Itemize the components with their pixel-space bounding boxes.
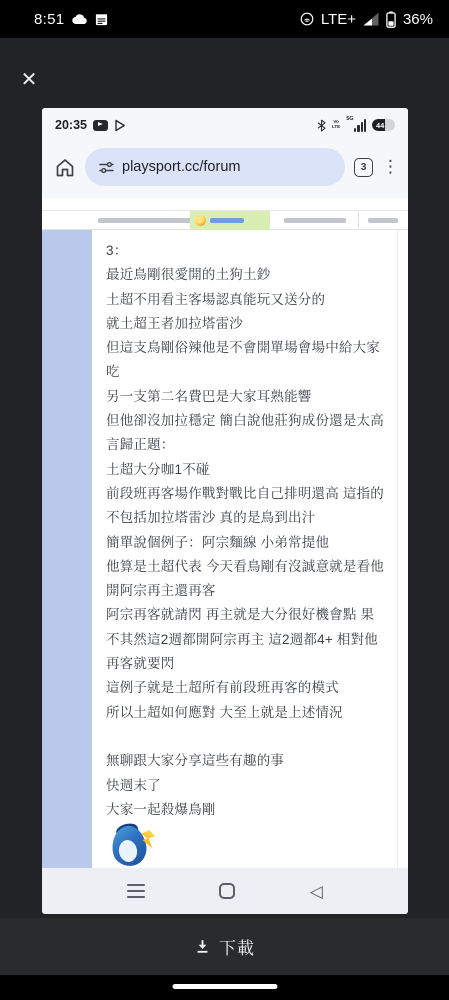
signal-5g-label: 5G — [346, 116, 353, 122]
status-right: LTE+ 36% — [300, 11, 433, 28]
post-line: 3： — [106, 239, 394, 263]
captured-status-left: 20:35 — [55, 118, 126, 132]
forum-page-content: 3：最近鳥剛很愛開的土狗土鈔土超不用看主客場認真能玩又送分的就土超王者加拉塔雷沙… — [42, 230, 408, 868]
captured-navigation-bar: ◁ — [42, 868, 408, 914]
youtube-notification-icon — [93, 120, 108, 131]
home-indicator[interactable] — [172, 984, 277, 989]
download-icon — [194, 938, 211, 955]
post-line: 但這支鳥剛俗辣他是不會開單場會場中給大家 — [106, 336, 394, 360]
post-line: 無聊跟大家分享這些有趣的事 — [106, 749, 394, 773]
clock: 8:51 — [34, 11, 64, 28]
column-divider-1 — [358, 211, 359, 229]
status-left: 8:51 — [34, 11, 108, 28]
post-line: 再客就要閃 — [106, 652, 394, 676]
signal-bar-2 — [357, 125, 359, 132]
post-text: 3：最近鳥剛很愛開的土狗土鈔土超不用看主客場認真能玩又送分的就土超王者加拉塔雷沙… — [106, 239, 394, 822]
signal-bar-4 — [364, 119, 366, 132]
device-status-bar: 8:51 LTE+ 36% — [0, 0, 449, 38]
home-nav-icon — [219, 883, 235, 899]
download-label: 下載 — [219, 934, 255, 959]
battery-level-label: 44 — [376, 121, 384, 130]
battery-percent-label: 36% — [403, 11, 433, 28]
post-line: 所以土超如何應對 大至上就是上述情況 — [106, 701, 394, 725]
highlighted-pick-cell — [190, 211, 270, 230]
tab-switcher-icon: 3 — [354, 158, 373, 177]
faded-text-cell-1 — [98, 218, 194, 223]
medal-emoji-icon — [195, 215, 206, 226]
truncated-row-inner — [42, 210, 408, 230]
post-line: 不包括加拉塔雷沙 真的是鳥到出汁 — [106, 506, 394, 530]
signal-bars-icon: 5G — [346, 119, 366, 132]
post-line: 但他卻沒加拉穩定 簡白說他莊狗成份還是太高 — [106, 409, 394, 433]
post-line: 阿宗再客就請閃 再主就是大分很好機會點 果 — [106, 603, 394, 627]
wifi-calling-icon — [300, 12, 314, 26]
post-line: 最近鳥剛很愛開的土狗土鈔 — [106, 263, 394, 287]
captured-clock: 20:35 — [55, 118, 87, 132]
post-line: 快週末了 — [106, 774, 394, 798]
menu-nav-icon — [127, 884, 145, 898]
overflow-menu-icon: ⋮ — [382, 157, 396, 177]
post-line: 言歸正題： — [106, 433, 394, 457]
truncated-forum-row — [42, 198, 408, 230]
post-line: 這例子就是土超所有前段班再客的模式 — [106, 676, 394, 700]
browser-toolbar: playsport.cc/forum 3 ⋮ — [42, 142, 408, 198]
post-line: 開阿宗再主還再客 — [106, 579, 394, 603]
captured-battery-icon: 44 — [372, 119, 395, 131]
post-line: 土超不用看主客場認真能玩又送分的 — [106, 288, 394, 312]
signal-bar-3 — [361, 122, 363, 132]
sticker-image — [106, 824, 158, 868]
content-right-divider — [397, 230, 398, 868]
post-line: 簡單說個例子：阿宗麵線 小弟常提他 — [106, 531, 394, 555]
home-icon — [54, 157, 76, 178]
address-bar: playsport.cc/forum — [85, 148, 345, 186]
cloud-icon — [71, 13, 88, 25]
url-text: playsport.cc/forum — [122, 159, 240, 175]
captured-status-right: Vo LTE 5G 44 — [317, 119, 395, 132]
battery-icon — [386, 11, 396, 28]
post-line: 不其然這2週都開阿宗再主 這2週都4+ 相對他 — [106, 628, 394, 652]
gesture-footer — [0, 975, 449, 1000]
bluetooth-icon — [317, 119, 326, 132]
close-icon: ✕ — [21, 67, 38, 92]
play-store-notification-icon — [114, 119, 126, 132]
captured-status-bar: 20:35 Vo LTE 5G — [42, 108, 408, 142]
signal-triangle-icon — [363, 12, 379, 26]
site-settings-tune-icon — [99, 161, 114, 174]
post-line: 土超大分咖1不碰 — [106, 458, 394, 482]
post-line: 大家一起殺爆鳥剛 — [106, 798, 394, 822]
calendar-icon — [95, 13, 108, 26]
download-button[interactable]: 下載 — [0, 918, 449, 975]
screenshot-viewer-stage: ✕ 20:35 Vo LTE 5G — [0, 38, 449, 975]
post-line — [106, 725, 394, 749]
post-body: 3：最近鳥剛很愛開的土狗土鈔土超不用看主客場認真能玩又送分的就土超王者加拉塔雷沙… — [92, 230, 408, 868]
screenshot-preview-image[interactable]: 20:35 Vo LTE 5G — [42, 108, 408, 914]
faded-link-text — [210, 218, 244, 223]
sidebar-rail — [42, 230, 92, 868]
faded-text-cell-2 — [284, 218, 346, 223]
tab-count-label: 3 — [361, 161, 367, 173]
post-line: 吃 — [106, 360, 394, 384]
volte-bottom-label: LTE — [332, 125, 340, 130]
signal-bar-1 — [354, 128, 356, 132]
post-line: 前段班再客場作戰對戰比自己排明還高 這指的 — [106, 482, 394, 506]
volte-icon: Vo LTE — [332, 120, 340, 129]
post-line: 他算是土超代表 今天看鳥剛有沒誠意就是看他 — [106, 555, 394, 579]
network-type-label: LTE+ — [321, 11, 356, 28]
back-nav-icon: ◁ — [310, 883, 323, 900]
post-line: 就土超王者加拉塔雷沙 — [106, 312, 394, 336]
post-line: 另一支第二名費巴是大家耳熟能響 — [106, 385, 394, 409]
close-button[interactable]: ✕ — [16, 66, 42, 92]
faded-text-cell-3 — [368, 218, 398, 223]
